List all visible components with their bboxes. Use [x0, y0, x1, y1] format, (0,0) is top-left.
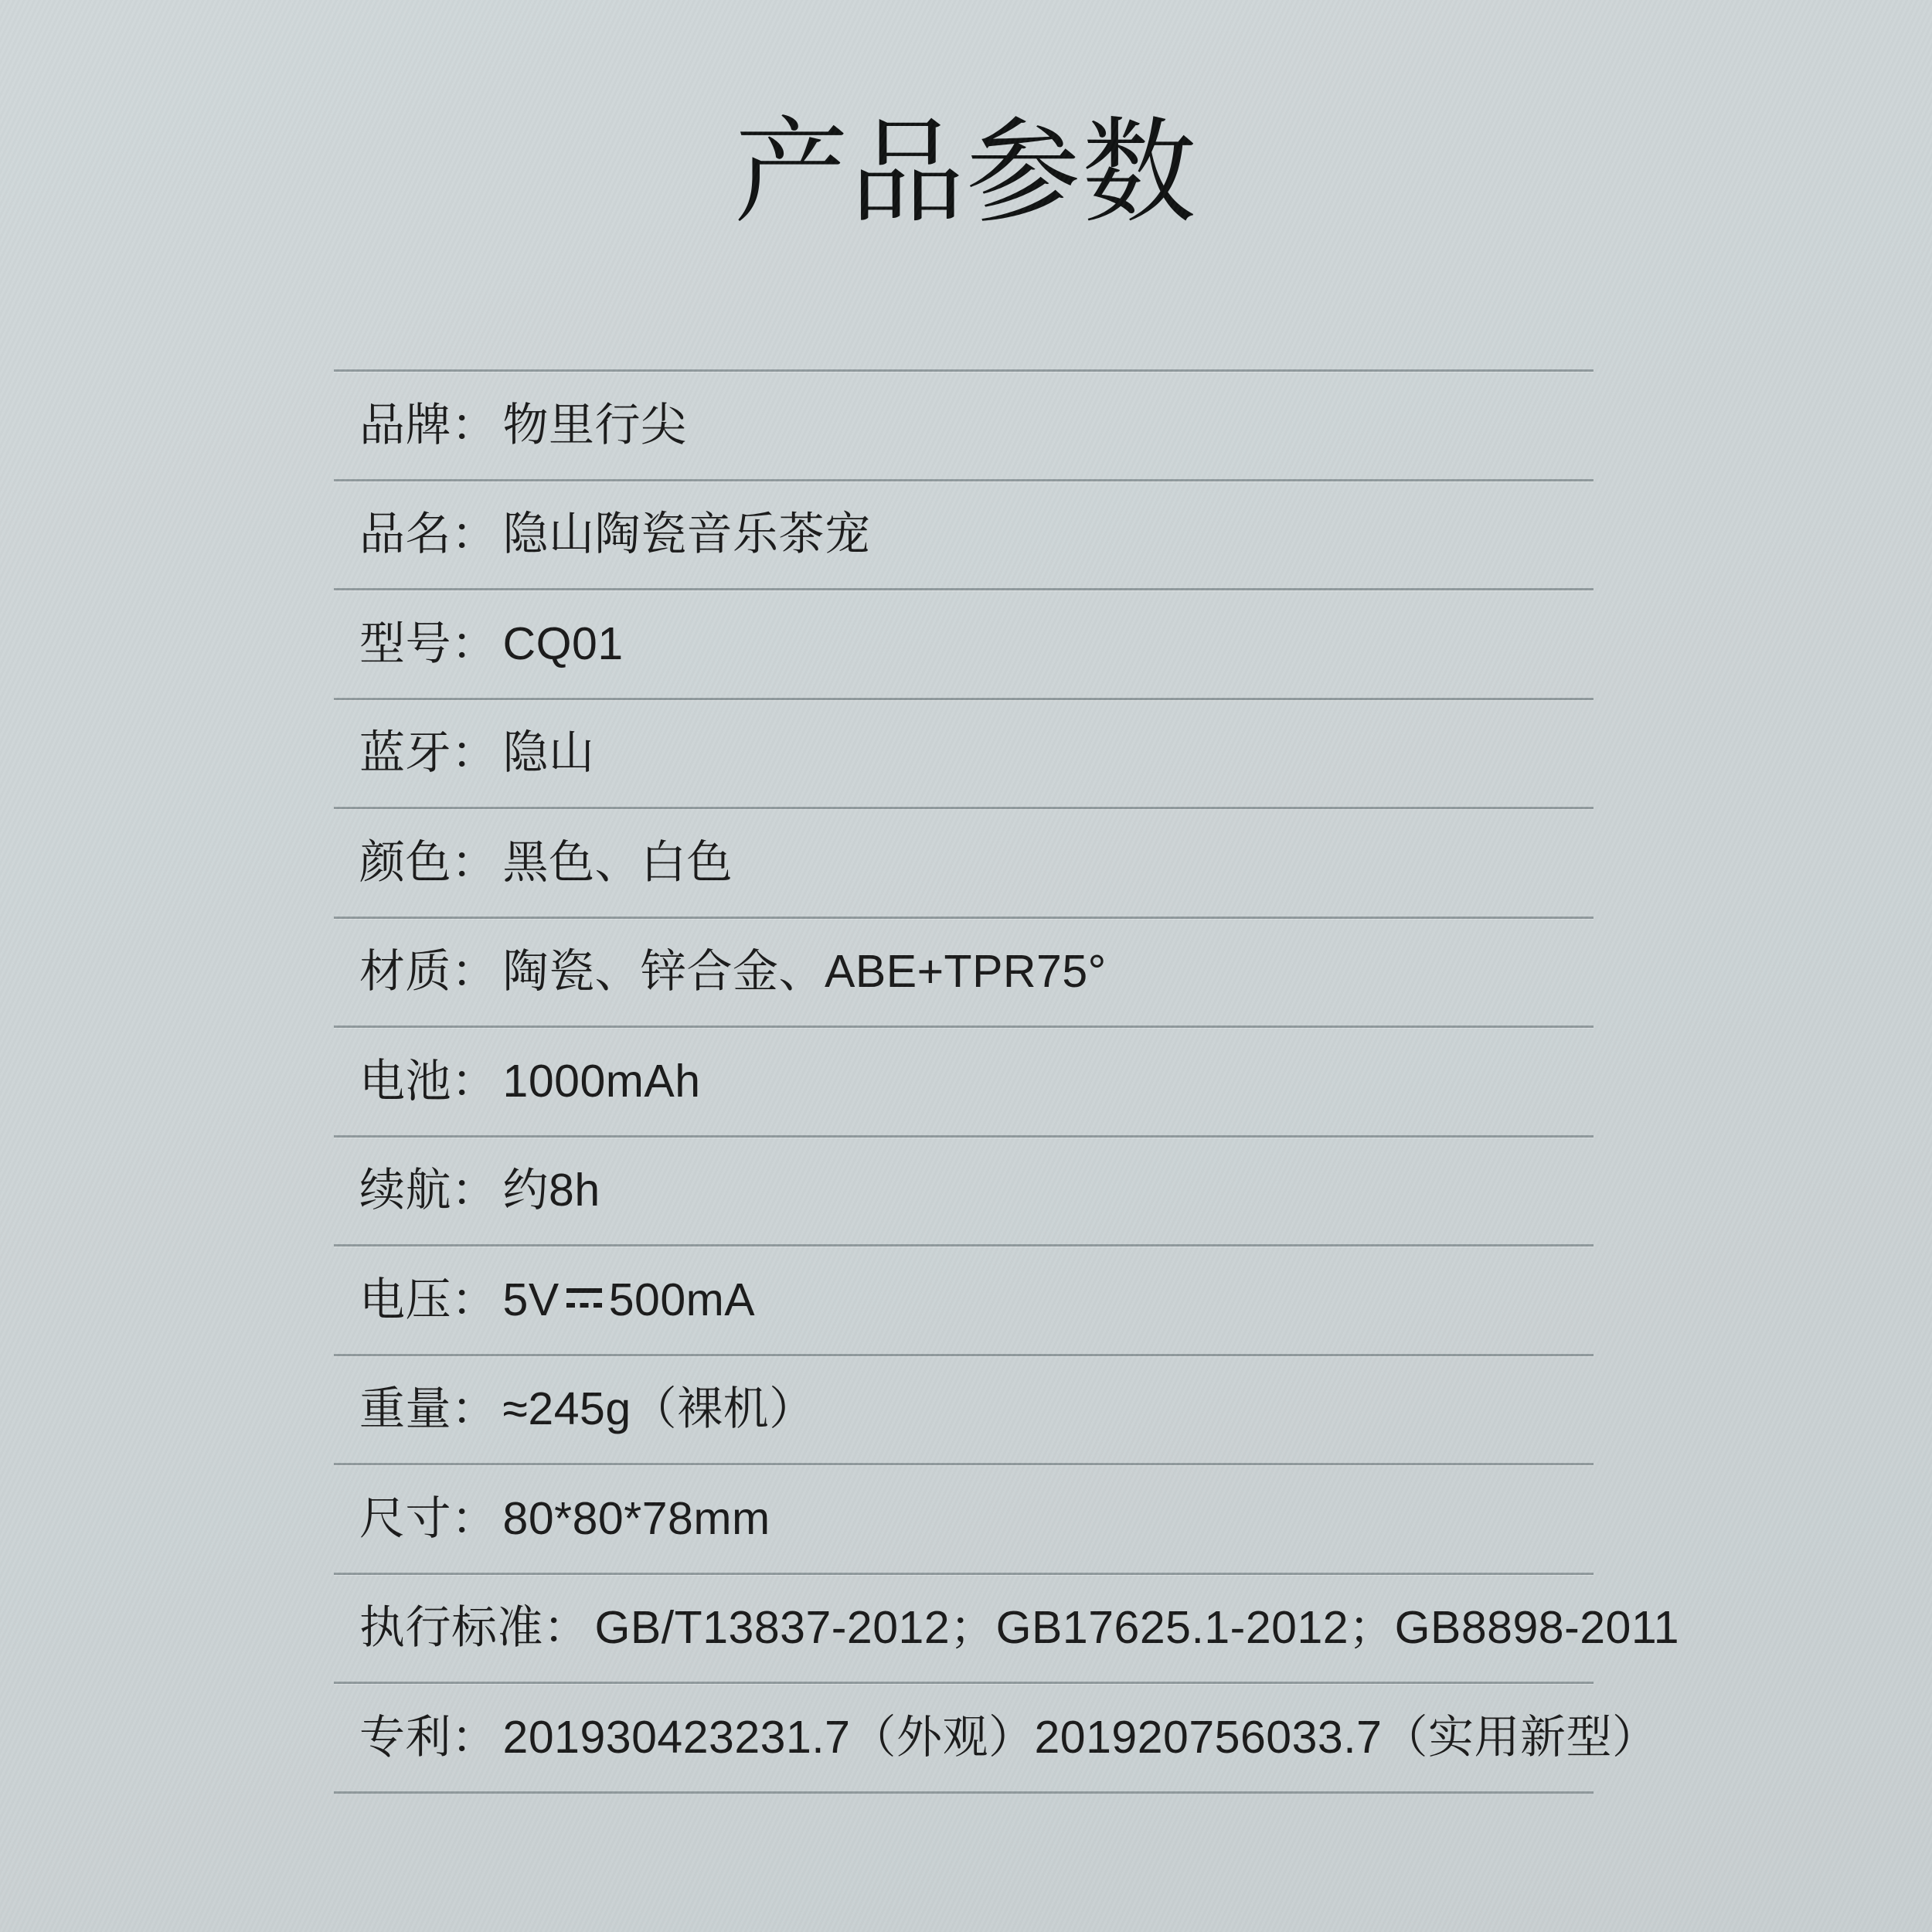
spec-value: 隐山陶瓷音乐茶宠: [503, 512, 871, 557]
spec-value: 物里行尖: [503, 403, 687, 448]
spec-row-material: 材质： 陶瓷、锌合金、ABE+TPR75°: [334, 917, 1594, 1026]
spec-value: 1000mAh: [503, 1059, 701, 1104]
spec-row-battery: 电池： 1000mAh: [334, 1026, 1594, 1135]
spec-sheet-page: 产品参数 品牌： 物里行尖 品名： 隐山陶瓷音乐茶宠 型号： CQ01 蓝牙： …: [0, 0, 1932, 1932]
spec-label: 电池：: [359, 1059, 498, 1104]
spec-label: 蓝牙：: [359, 730, 498, 776]
spec-row-battery-life: 续航： 约8h: [334, 1135, 1594, 1245]
spec-value: 隐山: [503, 730, 595, 776]
page-title: 产品参数: [0, 116, 1932, 230]
direct-current-symbol-icon: [566, 1288, 602, 1308]
spec-value: 黑色、白色: [503, 840, 733, 886]
spec-label: 专利：: [359, 1715, 498, 1760]
spec-value: GB/T13837-2012；GB17625.1-2012；GB8898-201…: [595, 1605, 1680, 1651]
spec-row-patents: 专利： 201930423231.7（外观）201920756033.7（实用新…: [334, 1682, 1594, 1791]
spec-label: 尺寸：: [359, 1496, 498, 1542]
spec-value: 500mA: [609, 1277, 755, 1323]
spec-label: 重量：: [359, 1386, 498, 1432]
spec-table: 品牌： 物里行尖 品名： 隐山陶瓷音乐茶宠 型号： CQ01 蓝牙： 隐山 颜色…: [334, 369, 1594, 1794]
spec-value: CQ01: [503, 621, 624, 667]
spec-row-voltage: 电压： 5V 500mA: [334, 1244, 1594, 1354]
spec-value: 201930423231.7（外观）201920756033.7（实用新型）: [503, 1715, 1658, 1760]
spec-row-model: 型号： CQ01: [334, 588, 1594, 698]
spec-row-color: 颜色： 黑色、白色: [334, 807, 1594, 917]
spec-label: 品名：: [359, 512, 498, 557]
spec-label: 品牌：: [359, 403, 498, 448]
spec-row-bluetooth: 蓝牙： 隐山: [334, 698, 1594, 808]
spec-label: 续航：: [359, 1168, 498, 1213]
spec-value: 80*80*78mm: [503, 1496, 770, 1542]
spec-label: 电压：: [359, 1277, 498, 1323]
spec-value: 5V: [503, 1277, 560, 1323]
spec-row-brand: 品牌： 物里行尖: [334, 369, 1594, 479]
spec-row-weight: 重量： ≈245g（裸机）: [334, 1354, 1594, 1464]
spec-value: 陶瓷、锌合金、ABE+TPR75°: [503, 949, 1107, 995]
spec-label: 材质：: [359, 949, 498, 995]
spec-label: 执行标准：: [359, 1605, 590, 1651]
spec-row-product-name: 品名： 隐山陶瓷音乐茶宠: [334, 479, 1594, 589]
spec-label: 型号：: [359, 621, 498, 667]
spec-label: 颜色：: [359, 840, 498, 886]
spec-value: 约8h: [503, 1168, 600, 1213]
spec-row-standards: 执行标准： GB/T13837-2012；GB17625.1-2012；GB88…: [334, 1573, 1594, 1682]
spec-row-dimensions: 尺寸： 80*80*78mm: [334, 1463, 1594, 1573]
spec-value: ≈245g（裸机）: [503, 1386, 815, 1432]
